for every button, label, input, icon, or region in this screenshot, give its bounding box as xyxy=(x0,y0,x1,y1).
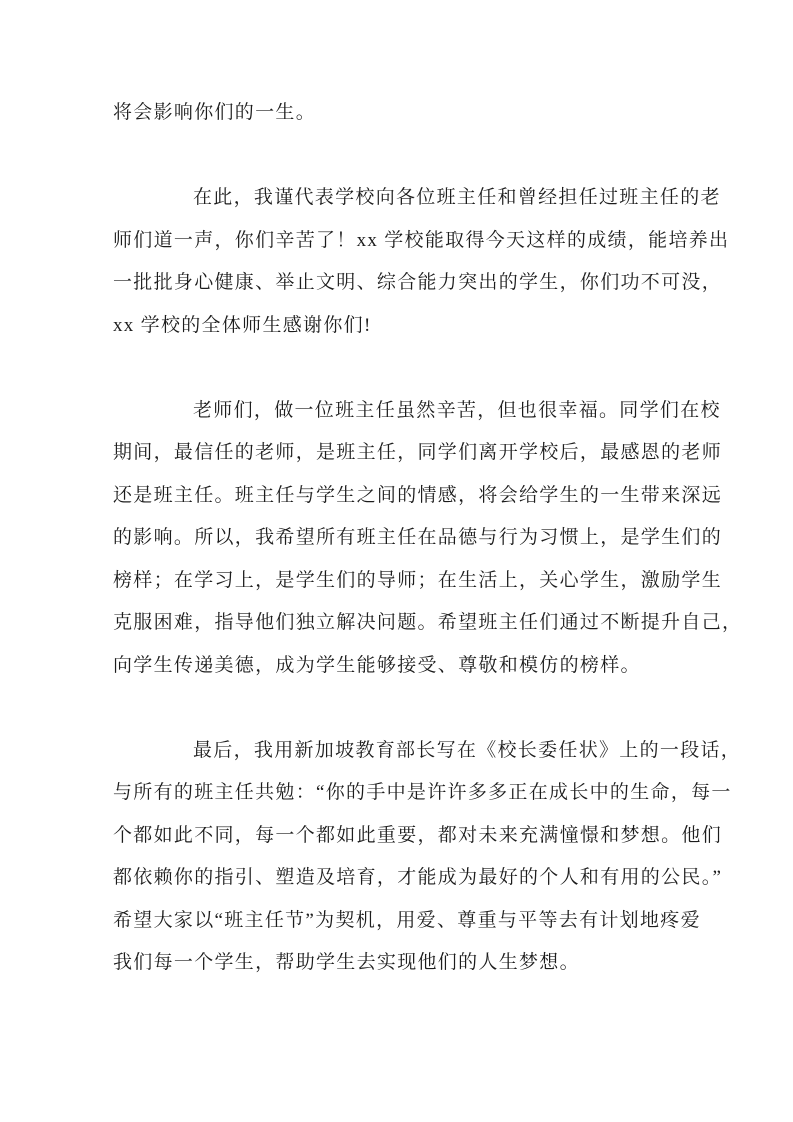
text-line: 榜样；在学习上，是学生们的导师；在生活上，关心学生，激励学生 xyxy=(113,560,733,603)
paragraph-2: 在此，我谨代表学校向各位班主任和曾经担任过班主任的老师们道一声，你们辛苦了！xx… xyxy=(113,177,733,347)
text-line: 还是班主任。班主任与学生之间的情感，将会给学生的一生带来深远 xyxy=(113,475,733,518)
text-line: 克服困难，指导他们独立解决问题。希望班主任们通过不断提升自己， xyxy=(113,602,733,645)
text-line: 希望大家以“班主任节”为契机，用爱、尊重与平等去有计划地疼爱 xyxy=(113,900,733,943)
text-line: 在此，我谨代表学校向各位班主任和曾经担任过班主任的老 xyxy=(113,177,733,220)
text-line: 向学生传递美德，成为学生能够接受、尊敬和模仿的榜样。 xyxy=(113,645,733,688)
text-line: 的影响。所以，我希望所有班主任在品德与行为习惯上，是学生们的 xyxy=(113,517,733,560)
text-line: 将会影响你们的一生。 xyxy=(113,92,733,135)
text-line: xx 学校的全体师生感谢你们! xyxy=(113,305,733,348)
paragraph-4: 最后，我用新加坡教育部长写在《校长委任状》上的一段话，与所有的班主任共勉：“你的… xyxy=(113,730,733,985)
text-line: 一批批身心健康、举止文明、综合能力突出的学生，你们功不可没， xyxy=(113,262,733,305)
text-line: 师们道一声，你们辛苦了！xx 学校能取得今天这样的成绩，能培养出 xyxy=(113,220,733,263)
text-line: 与所有的班主任共勉：“你的手中是许许多多正在成长中的生命，每一 xyxy=(113,772,733,815)
paragraph-1: 将会影响你们的一生。 xyxy=(113,92,733,135)
paragraph-3: 老师们，做一位班主任虽然辛苦，但也很幸福。同学们在校期间，最信任的老师，是班主任… xyxy=(113,390,733,688)
document-body: 将会影响你们的一生。在此，我谨代表学校向各位班主任和曾经担任过班主任的老师们道一… xyxy=(113,92,733,985)
text-line: 最后，我用新加坡教育部长写在《校长委任状》上的一段话， xyxy=(113,730,733,773)
text-line: 我们每一个学生，帮助学生去实现他们的人生梦想。 xyxy=(113,942,733,985)
text-line: 个都如此不同，每一个都如此重要，都对未来充满憧憬和梦想。他们 xyxy=(113,815,733,858)
text-line: 都依赖你的指引、塑造及培育，才能成为最好的个人和有用的公民。” xyxy=(113,857,733,900)
text-line: 老师们，做一位班主任虽然辛苦，但也很幸福。同学们在校 xyxy=(113,390,733,433)
text-line: 期间，最信任的老师，是班主任，同学们离开学校后，最感恩的老师 xyxy=(113,432,733,475)
document-page: 将会影响你们的一生。在此，我谨代表学校向各位班主任和曾经担任过班主任的老师们道一… xyxy=(0,0,793,1122)
